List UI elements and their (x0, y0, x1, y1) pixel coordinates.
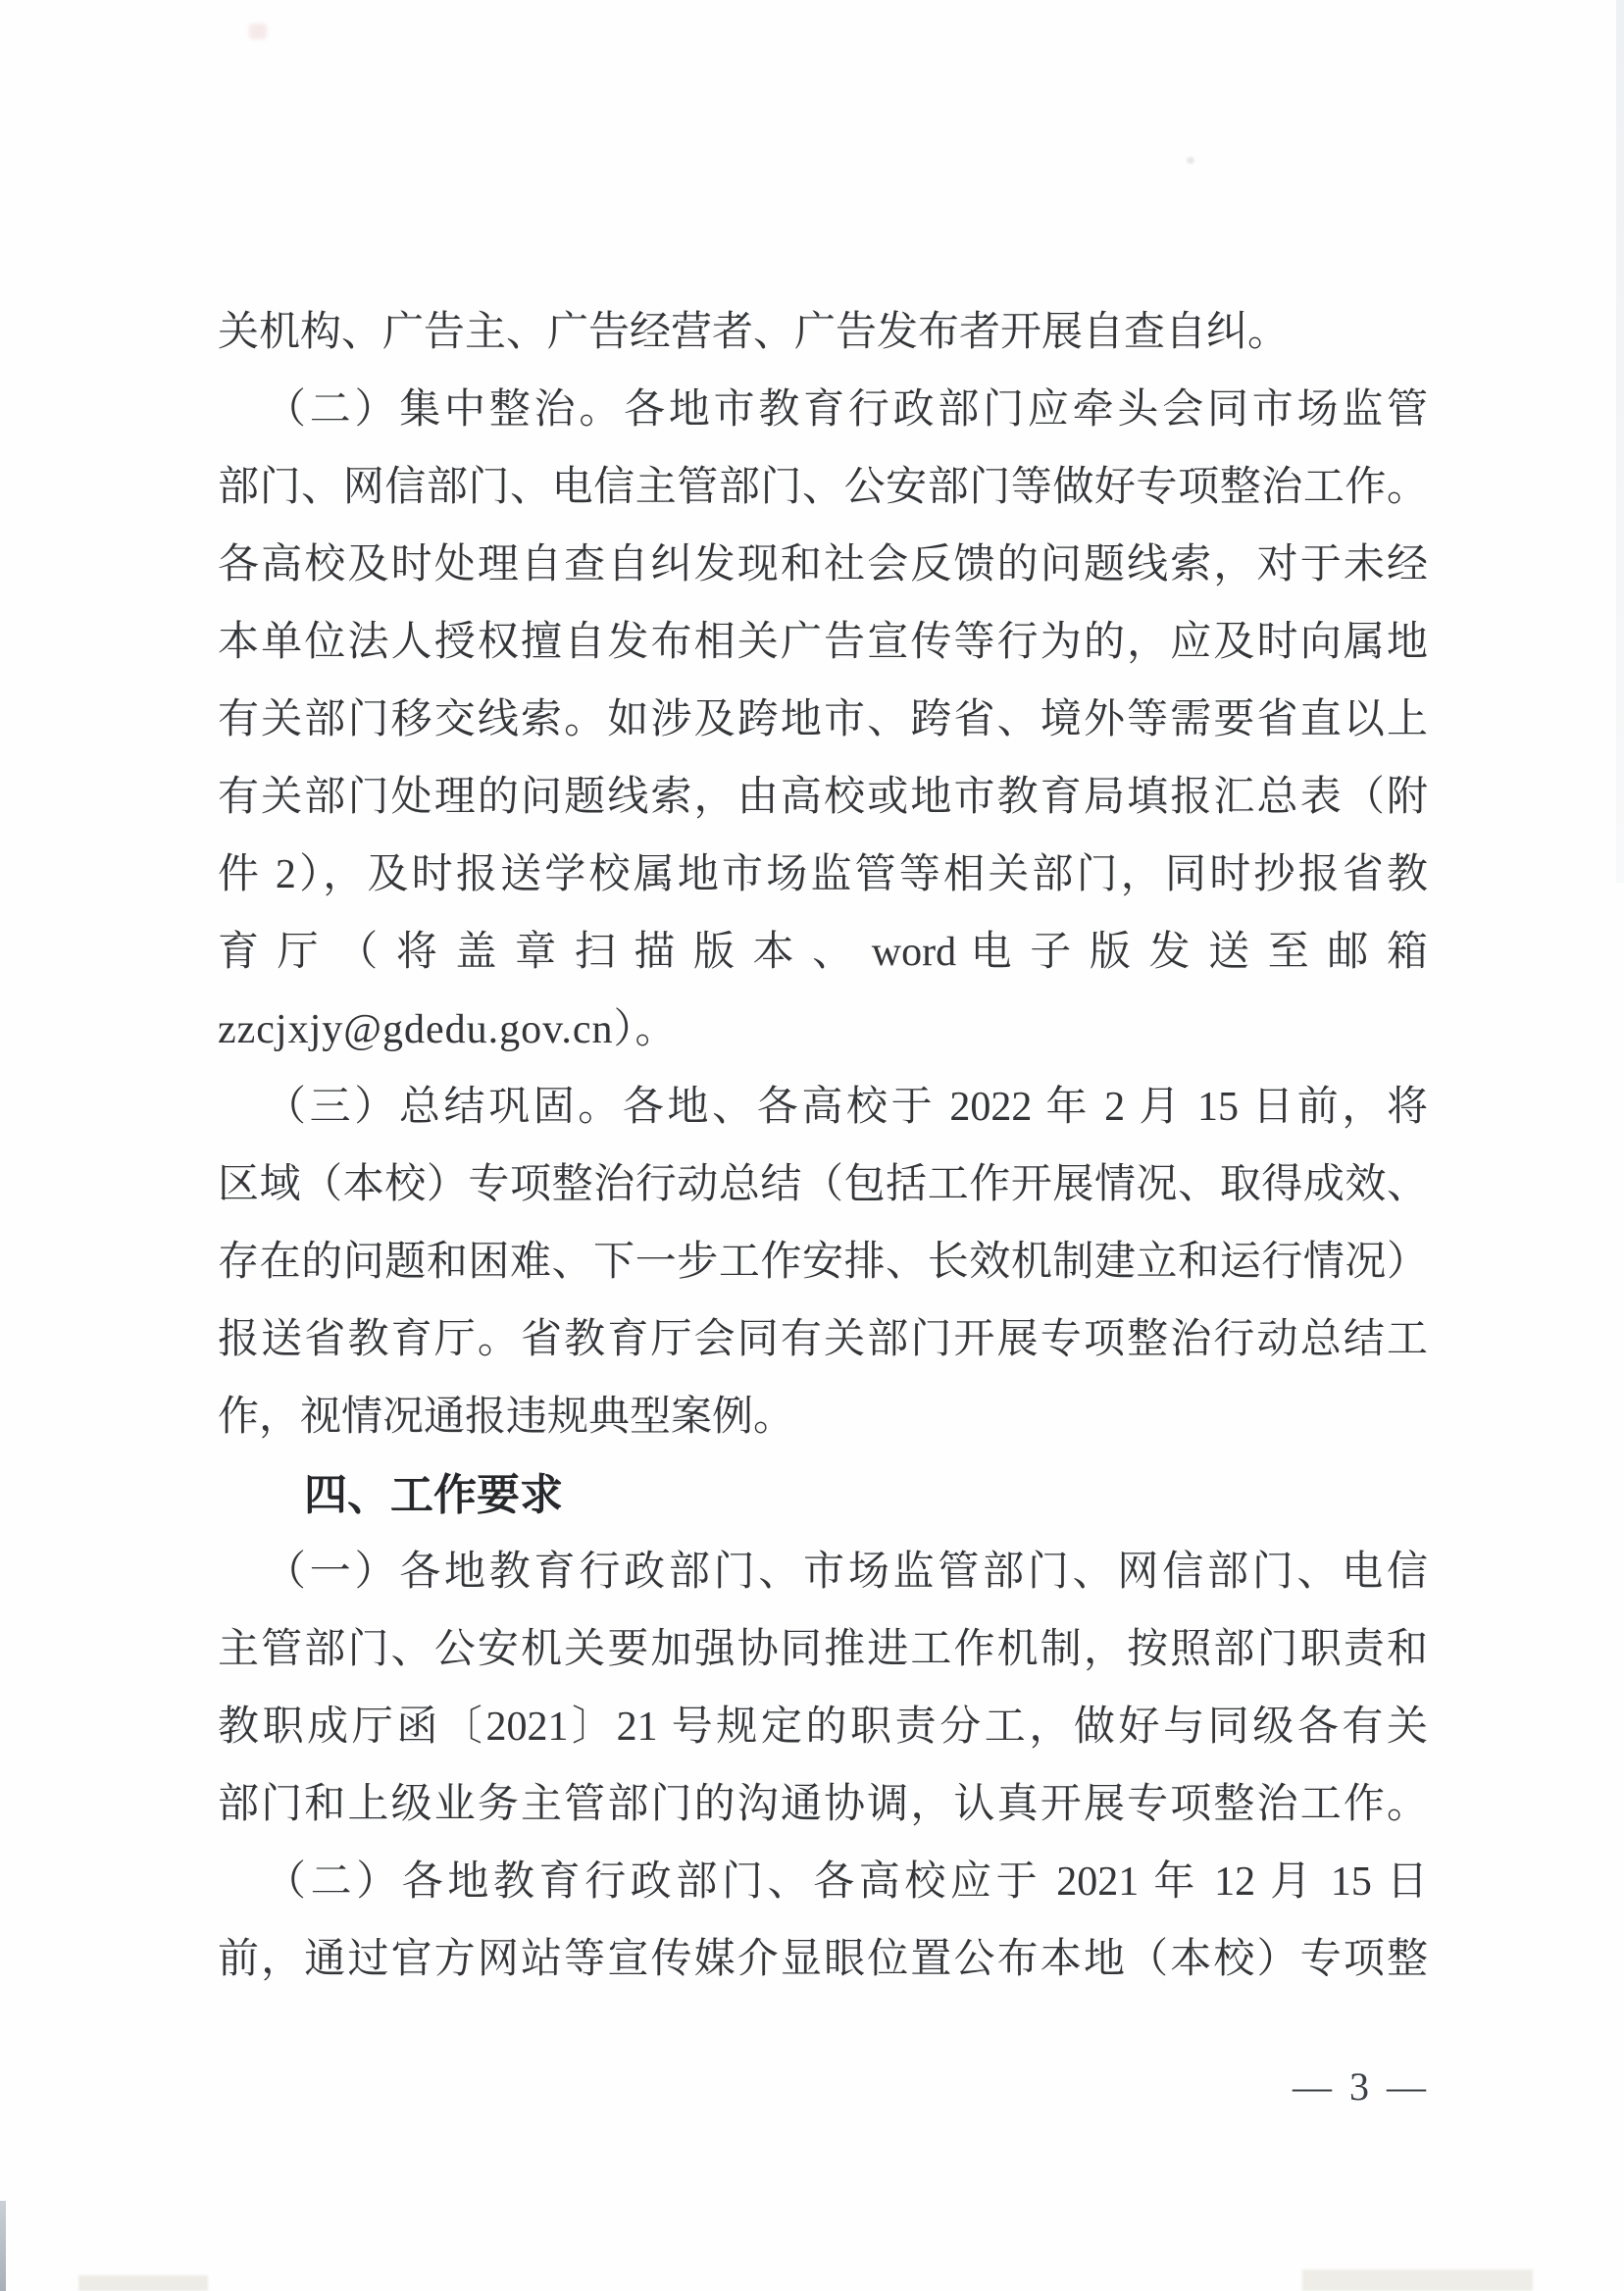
text-line: （三）总结巩固。各地、各高校于 2022 年 2 月 15 日前，将 (218, 1069, 1428, 1146)
text-line: 教职成厅函〔2021〕21 号规定的职责分工，做好与同级各有关 (218, 1689, 1428, 1766)
text-line: （一）各地教育行政部门、市场监管部门、网信部门、电信 (218, 1534, 1428, 1611)
text-line: 育 厅 （ 将 盖 章 扫 描 版 本 、 word 电 子 版 发 送 至 邮… (218, 914, 1428, 992)
text-line: （二）集中整治。各地市教育行政部门应牵头会同市场监管 (218, 372, 1428, 449)
scan-smudge-bottom-left (78, 2275, 208, 2291)
text-line: 报送省教育厅。省教育厅会同有关部门开展专项整治行动总结工 (218, 1301, 1428, 1379)
text-line: 部门、网信部门、电信主管部门、公安部门等做好专项整治工作。 (218, 449, 1428, 527)
text-line: zzcjxjy@gdedu.gov.cn）。 (218, 992, 1428, 1069)
scan-edge-shadow-right (1616, 0, 1624, 883)
text-line: 各高校及时处理自查自纠发现和社会反馈的问题线索，对于未经 (218, 527, 1428, 604)
scanned-document-page: 关机构、广告主、广告经营者、广告发布者开展自查自纠。（二）集中整治。各地市教育行… (0, 0, 1624, 2291)
page-number: — 3 — (1293, 2065, 1430, 2109)
document-body: 关机构、广告主、广告经营者、广告发布者开展自查自纠。（二）集中整治。各地市教育行… (218, 294, 1428, 1999)
text-line: 作，视情况通报违规典型案例。 (218, 1379, 1428, 1456)
text-line: 有关部门移交线索。如涉及跨地市、跨省、境外等需要省直以上 (218, 682, 1428, 759)
scan-smudge-pink (249, 24, 267, 39)
text-line: 关机构、广告主、广告经营者、广告发布者开展自查自纠。 (218, 294, 1428, 372)
text-line: 部门和上级业务主管部门的沟通协调，认真开展专项整治工作。 (218, 1766, 1428, 1844)
text-line: 前，通过官方网站等宣传媒介显眼位置公布本地（本校）专项整 (218, 1921, 1428, 1999)
section-heading: 四、工作要求 (218, 1456, 1428, 1534)
text-line: 区域（本校）专项整治行动总结（包括工作开展情况、取得成效、 (218, 1146, 1428, 1224)
text-line: 主管部门、公安机关要加强协同推进工作机制，按照部门职责和 (218, 1611, 1428, 1689)
text-line: （二）各地教育行政部门、各高校应于 2021 年 12 月 15 日 (218, 1844, 1428, 1921)
scan-smudge-bottom-right (1302, 2269, 1533, 2291)
text-line: 有关部门处理的问题线索，由高校或地市教育局填报汇总表（附 (218, 759, 1428, 837)
text-line: 本单位法人授权擅自发布相关广告宣传等行为的，应及时向属地 (218, 604, 1428, 682)
scan-speck (1187, 157, 1194, 164)
text-line: 存在的问题和困难、下一步工作安排、长效机制建立和运行情况） (218, 1224, 1428, 1301)
text-line: 件 2），及时报送学校属地市场监管等相关部门，同时抄报省教 (218, 837, 1428, 914)
scan-edge-sliver-left (0, 2201, 6, 2291)
